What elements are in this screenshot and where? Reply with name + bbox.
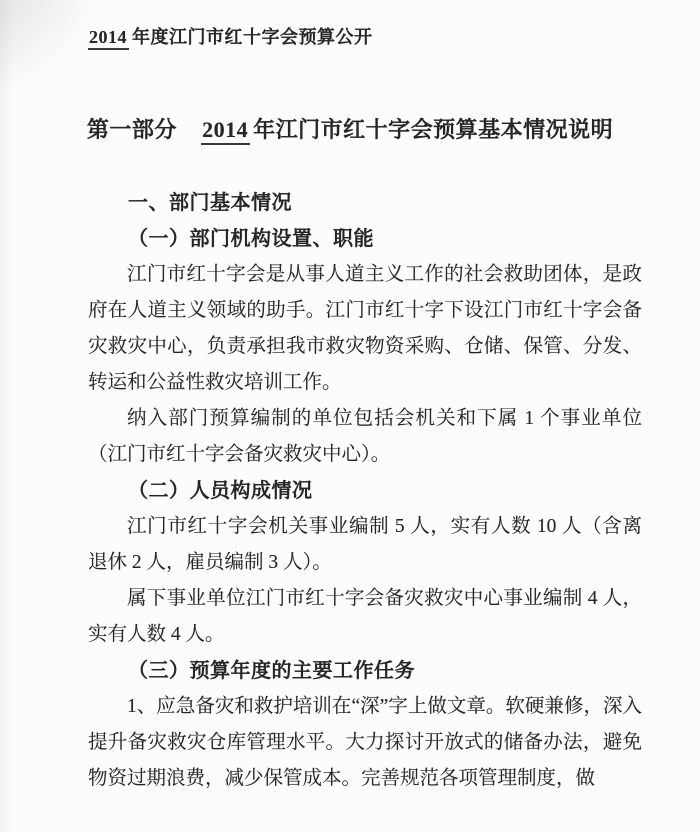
paragraph: 属下事业单位江门市红十字会备灾救灾中心事业编制 4 人，实有人数 4 人。	[88, 581, 642, 653]
part-heading-text: 年江门市红十字会预算基本情况说明	[253, 117, 613, 142]
paragraph: 纳入部门预算编制的单位包括会机关和下属 1 个事业单位（江门市红十字会备灾救灾中…	[88, 401, 642, 473]
paragraph: 江门市红十字会是从事人道主义工作的社会救助团体，是政府在人道主义领域的助手。江门…	[88, 257, 642, 401]
doc-title-text: 年度江门市红十字会预算公开	[132, 27, 373, 47]
sub-section-heading: （一）部门机构设置、职能	[88, 221, 642, 257]
part-heading: 第一部分2014年江门市红十字会预算基本情况说明	[0, 115, 700, 145]
sub-section-heading: （三）预算年度的主要工作任务	[88, 653, 642, 689]
section-heading: 一、部门基本情况	[88, 185, 642, 221]
part-heading-label: 第一部分	[87, 117, 177, 142]
doc-title-year: 2014	[88, 27, 129, 50]
sub-section-heading: （二）人员构成情况	[88, 473, 642, 509]
document-page: 2014年度江门市红十字会预算公开 第一部分2014年江门市红十字会预算基本情况…	[0, 0, 700, 832]
paragraph: 江门市红十字会机关事业编制 5 人，实有人数 10 人（含离退休 2 人，雇员编…	[88, 509, 642, 581]
doc-title: 2014年度江门市红十字会预算公开	[88, 0, 700, 49]
paragraph: 1、应急备灾和救护培训在“深”字上做文章。软硬兼修，深入提升备灾救灾仓库管理水平…	[88, 689, 642, 797]
document-body: 一、部门基本情况 （一）部门机构设置、职能 江门市红十字会是从事人道主义工作的社…	[88, 185, 642, 797]
part-heading-year: 2014	[201, 117, 250, 145]
